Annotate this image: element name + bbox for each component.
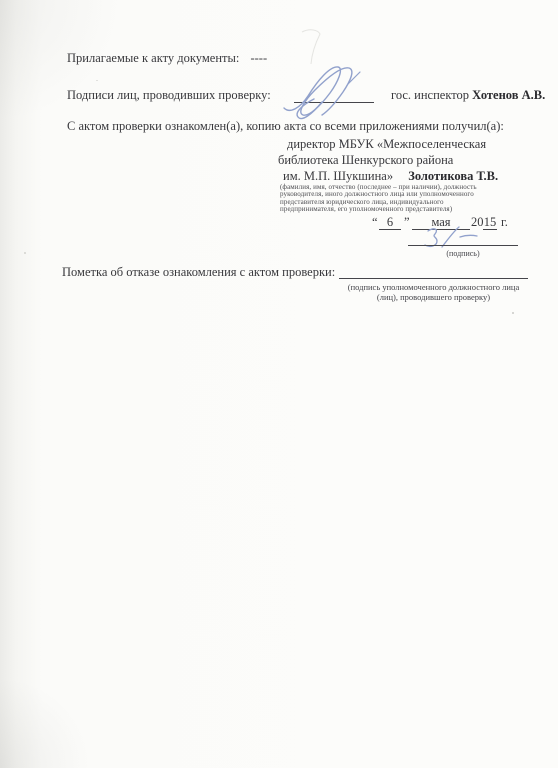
date-suffix: г.: [501, 215, 508, 229]
recipient-footnote: (фамилия, имя, отчество (последнее – при…: [280, 184, 477, 213]
scan-speck: [24, 252, 26, 254]
acknowledgement-intro: С актом проверки ознакомлен(а), копию ак…: [67, 119, 504, 134]
recipient-line1: директор МБУК «Межпоселенческая: [287, 137, 486, 152]
recipient-line3-row: им. М.П. Шукшина» Золотикова Т.В.: [283, 169, 498, 184]
inspectors-signature-label: Подписи лиц, проводивших проверку:: [67, 88, 271, 103]
date-day: 6: [379, 215, 401, 230]
refusal-footnote: (подпись уполномоченного должностного ли…: [330, 282, 537, 302]
refusal-label: Пометка об отказе ознакомления с актом п…: [62, 265, 335, 280]
date-close-quote: ”: [404, 215, 410, 229]
attachments-label: Прилагаемые к акту документы:: [67, 51, 239, 65]
inspector-title: гос. инспектор: [391, 88, 469, 102]
scanned-document-page: Прилагаемые к акту документы: ---- Подпи…: [0, 0, 558, 768]
date-open-quote: “: [372, 215, 378, 229]
director-signature-underline: [408, 245, 518, 246]
scan-speck: [512, 312, 514, 314]
recipient-name: Золотикова Т.В.: [396, 169, 498, 183]
recipient-footnote-line4: предпринимателя, его уполномоченного пре…: [280, 206, 477, 213]
attachments-line: Прилагаемые к акту документы: ----: [67, 51, 267, 66]
recipient-line2: библиотека Шенкурского района: [278, 153, 453, 168]
inspector-title-line: гос. инспектор Хотенов А.В.: [391, 88, 545, 103]
refusal-underline: [339, 265, 528, 279]
refusal-footnote-line2: (лиц), проводившего проверку): [330, 292, 537, 302]
inspector-signature-scribble: [278, 62, 384, 122]
scan-speck: [96, 80, 98, 81]
recipient-line3: им. М.П. Шукшина»: [283, 169, 393, 183]
inspector-name: Хотенов А.В.: [472, 88, 545, 102]
refusal-footnote-line1: (подпись уполномоченного должностного ли…: [330, 282, 537, 292]
attachments-value: ----: [242, 51, 267, 65]
director-signature-caption: (подпись): [410, 249, 516, 258]
date-year: 15: [483, 215, 497, 230]
